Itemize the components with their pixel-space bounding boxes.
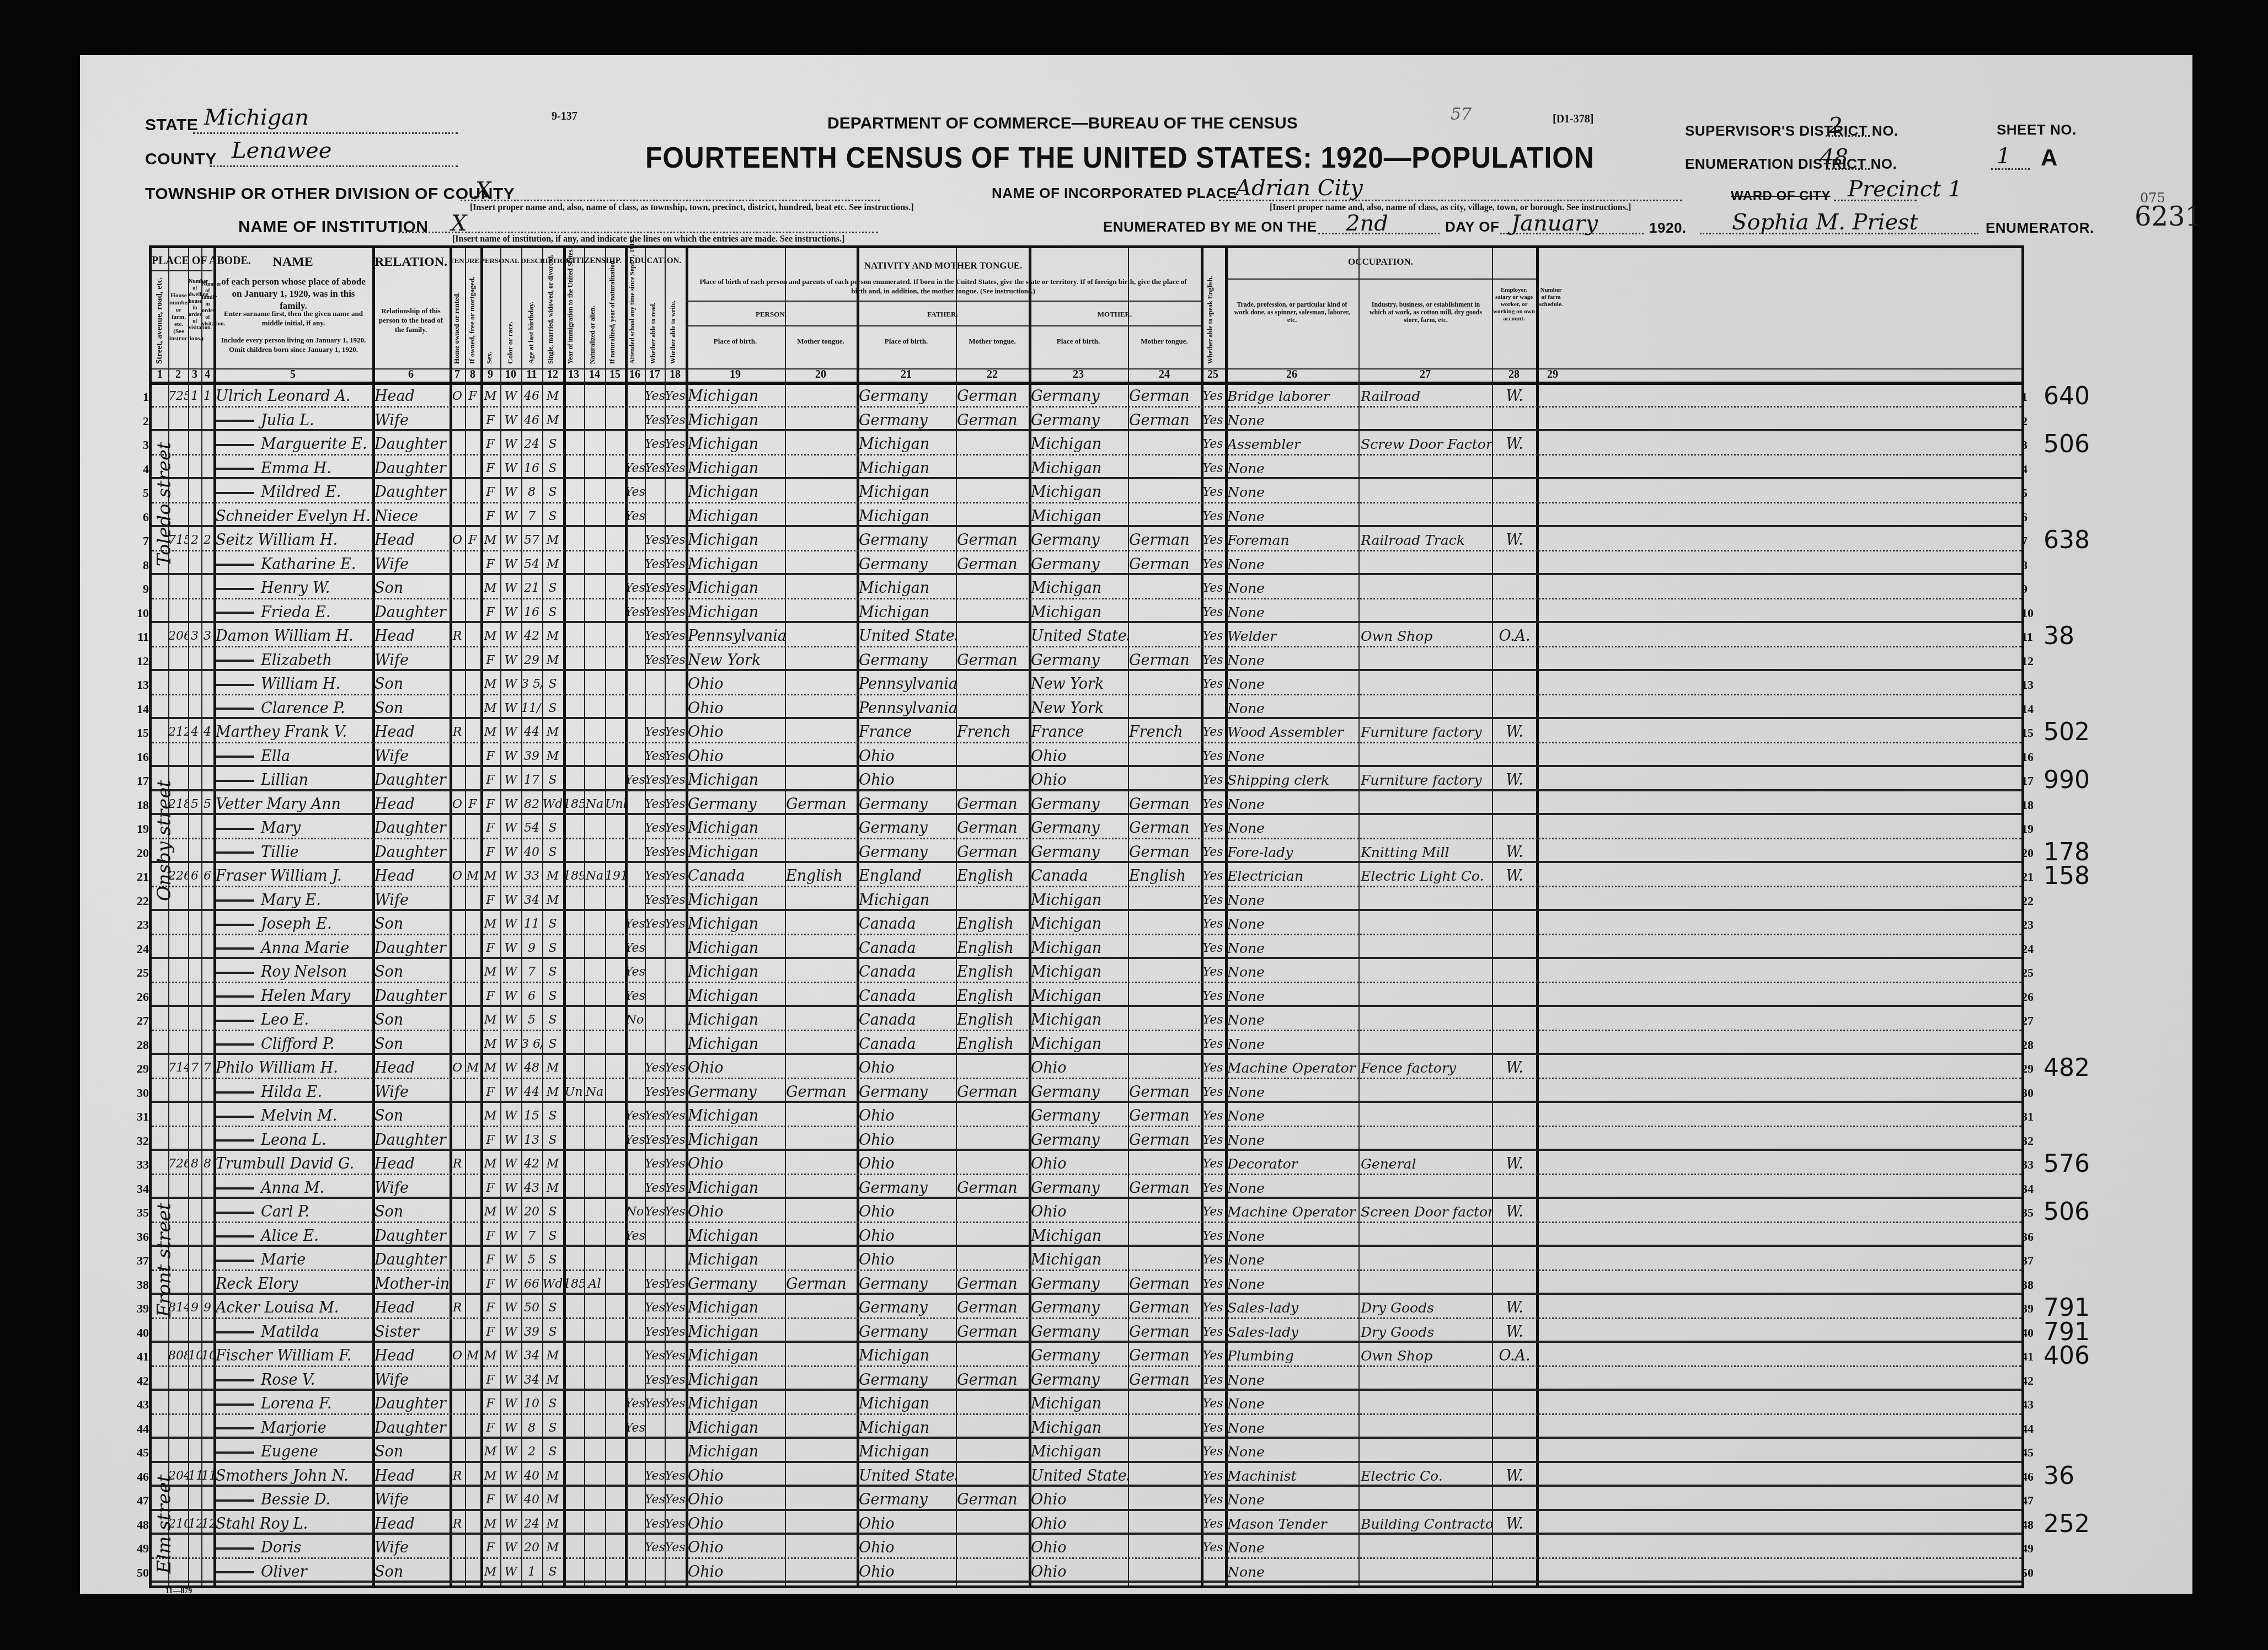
cell-english: Yes — [1201, 747, 1225, 767]
cell-imm: Un — [563, 1083, 584, 1102]
cell-nat — [584, 1466, 605, 1486]
cell-sex: M — [480, 699, 500, 719]
header-c15: If naturalized, year of naturalization. — [608, 281, 617, 364]
cell-dwelling — [188, 555, 201, 575]
cell-f-pob: Canada — [859, 1010, 956, 1030]
cell-marital: S — [542, 578, 563, 598]
cell-dwelling: 10 — [188, 1346, 201, 1366]
person-name: Anna Marie — [216, 939, 371, 958]
cell-emp — [1493, 1274, 1536, 1294]
given-name: Rose V. — [261, 1372, 315, 1389]
cell-read: Yes — [645, 1538, 665, 1558]
cell-f-tongue — [957, 1346, 1029, 1366]
cell-relation: Daughter — [375, 483, 448, 502]
cell-f-tongue — [957, 1538, 1029, 1558]
line-number-left: 29 — [127, 1062, 149, 1076]
cell-nat — [584, 1394, 605, 1414]
cell-marital: M — [542, 1178, 563, 1198]
person-name: Clifford P. — [216, 1035, 371, 1054]
cell-dwelling — [188, 578, 201, 598]
cell-mort — [465, 1202, 480, 1222]
table-row: Roy NelsonSonMW7SYesMichiganCanadaEnglis… — [152, 960, 2021, 983]
line-number-left: 8 — [127, 558, 149, 572]
cell-tongue — [786, 674, 857, 694]
given-name: Frieda E. — [261, 604, 331, 621]
cell-marital: M — [542, 1058, 563, 1078]
surname: Acker — [216, 1299, 260, 1316]
cell-english: Yes — [1201, 1370, 1225, 1390]
person-name: William H. — [216, 674, 371, 694]
cell-emp — [1493, 507, 1536, 527]
given-name: Anna M. — [261, 1180, 324, 1197]
cell-industry: Dry Goods — [1361, 1298, 1492, 1318]
cell-m-pob: Michigan — [1031, 1250, 1128, 1270]
cell-imm — [563, 1538, 584, 1558]
cell-age: 7 — [521, 962, 542, 982]
cell-imm — [563, 459, 584, 479]
cell-english: Yes — [1201, 1298, 1225, 1318]
cell-m-tongue — [1129, 578, 1201, 598]
table-row: EugeneSonMW2SMichiganMichiganMichiganYes… — [152, 1440, 2021, 1463]
given-name: William H. — [261, 676, 340, 693]
header-relation: RELATION. — [372, 255, 450, 270]
cell-write: Yes — [665, 555, 686, 575]
line-number-right: 20 — [2021, 846, 2044, 860]
cell-emp: W. — [1493, 1298, 1536, 1318]
cell-pob: Michigan — [688, 1322, 785, 1342]
table-row: OliverSonMW1SOhioOhioOhioNone — [152, 1560, 2021, 1583]
state-label: STATE — [145, 116, 198, 135]
cell-race: W — [500, 1298, 521, 1318]
line-number-left: 11 — [127, 630, 149, 644]
cell-mort: M — [465, 1058, 480, 1078]
cell-trade: Mason Tender — [1227, 1514, 1358, 1534]
cell-mort — [465, 1083, 480, 1102]
cell-nat — [584, 939, 605, 958]
cell-sex: F — [480, 1538, 500, 1558]
cell-industry — [1361, 1274, 1492, 1294]
given-name: Mildred E. — [261, 484, 341, 501]
cell-school — [625, 1274, 645, 1294]
cell-write: Yes — [665, 651, 686, 671]
cell-family — [201, 435, 213, 454]
cell-sex: F — [480, 1226, 500, 1246]
cell-f-pob: United States — [859, 1466, 956, 1486]
cell-relation: Son — [375, 1035, 448, 1054]
cell-english: Yes — [1201, 411, 1225, 431]
header-c1: Street, avenue, road, etc. — [155, 276, 164, 364]
table-row: MarjorieDaughterFW8SYesMichiganMichiganM… — [152, 1416, 2021, 1439]
cell-marital: S — [542, 1035, 563, 1054]
cell-english: Yes — [1201, 1058, 1225, 1078]
cell-nat — [584, 387, 605, 406]
line-number-left: 25 — [127, 966, 149, 980]
margin-code-note: 502 — [2044, 718, 2090, 746]
table-row: Carl P.SonMW20SNoYesYesOhioOhioOhioYesMa… — [152, 1200, 2021, 1223]
cell-family — [201, 1274, 213, 1294]
cell-pob: Michigan — [688, 1035, 785, 1054]
person-name: Leona L. — [216, 1131, 371, 1150]
given-name: Melvin M. — [261, 1107, 337, 1124]
cell-f-pob: Germany — [859, 1490, 956, 1510]
cell-english: Yes — [1201, 507, 1225, 527]
cell-family: 3 — [201, 626, 213, 646]
given-name: Roy Nelson — [261, 963, 347, 981]
cell-mort — [465, 1514, 480, 1534]
cell-dwelling — [188, 699, 201, 719]
surname: Stahl — [216, 1515, 255, 1533]
cell-m-pob: Ohio — [1031, 1514, 1128, 1534]
cell-read: Yes — [645, 747, 665, 767]
line-number-left: 45 — [127, 1445, 149, 1460]
cell-race: W — [500, 1346, 521, 1366]
surname: Smothers — [216, 1467, 288, 1485]
cell-write: Yes — [665, 747, 686, 767]
line-number-right: 45 — [2021, 1445, 2044, 1460]
cell-home — [450, 1322, 465, 1342]
cell-dwelling — [188, 770, 201, 790]
cell-emp: W. — [1493, 770, 1536, 790]
cell-write: Yes — [665, 1466, 686, 1486]
table-row: Trumbull David G.72688HeadRMW42MYesYesOh… — [152, 1152, 2021, 1175]
cell-nat — [584, 1106, 605, 1126]
cell-industry — [1361, 962, 1492, 982]
cell-home — [450, 962, 465, 982]
cell-emp — [1493, 578, 1536, 598]
cell-race: W — [500, 507, 521, 527]
cell-emp — [1493, 1035, 1536, 1054]
cell-industry: Dry Goods — [1361, 1322, 1492, 1342]
cell-race: W — [500, 699, 521, 719]
cell-race: W — [500, 411, 521, 431]
same-surname-dash — [216, 1427, 254, 1429]
cell-f-tongue — [957, 483, 1029, 502]
line-number-left: 47 — [127, 1493, 149, 1508]
cell-nat — [584, 914, 605, 934]
cell-pob: Michigan — [688, 939, 785, 958]
cell-dwelling — [188, 1418, 201, 1438]
cell-marital: M — [542, 651, 563, 671]
cell-tongue — [786, 1010, 857, 1030]
cell-f-pob: Ohio — [859, 1131, 956, 1150]
cell-trade: None — [1227, 411, 1358, 431]
cell-school — [625, 1562, 645, 1582]
cell-marital: M — [542, 747, 563, 767]
cell-emp — [1493, 674, 1536, 694]
cell-marital: S — [542, 699, 563, 719]
cell-nat — [584, 483, 605, 502]
cell-relation: Daughter — [375, 435, 448, 454]
cell-mort — [465, 770, 480, 790]
same-surname-dash — [216, 1091, 254, 1094]
cell-relation: Head — [375, 531, 448, 550]
cell-m-tongue: German — [1129, 1274, 1201, 1294]
cell-mort — [465, 962, 480, 982]
cell-f-pob: Michigan — [859, 1418, 956, 1438]
cell-pob: Michigan — [688, 1131, 785, 1150]
cell-f-tongue — [957, 1394, 1029, 1414]
line-number-right: 41 — [2021, 1349, 2044, 1364]
cell-marital: M — [542, 1083, 563, 1102]
cell-relation: Daughter — [375, 987, 448, 1006]
cell-age: 39 — [521, 1322, 542, 1342]
table-row: Stahl Roy L.2101212HeadRMW24MYesYesOhioO… — [152, 1512, 2021, 1535]
cell-mort: M — [465, 1346, 480, 1366]
cell-trade: Bridge laborer — [1227, 387, 1358, 406]
cell-age: 21 — [521, 578, 542, 598]
cell-emp: W. — [1493, 843, 1536, 863]
line-number-left: 40 — [127, 1326, 149, 1340]
person-name: Fischer William F. — [216, 1346, 371, 1366]
cell-school — [625, 411, 645, 431]
line-number-right: 47 — [2021, 1493, 2044, 1508]
cell-industry — [1361, 459, 1492, 479]
cell-sex: F — [480, 939, 500, 958]
cell-english: Yes — [1201, 770, 1225, 790]
cell-read: Yes — [645, 555, 665, 575]
cell-english: Yes — [1201, 1154, 1225, 1174]
cell-m-tongue — [1129, 1154, 1201, 1174]
cell-race: W — [500, 387, 521, 406]
cell-f-pob: Ohio — [859, 1202, 956, 1222]
cell-race: W — [500, 987, 521, 1006]
cell-nat — [584, 1178, 605, 1198]
cell-industry — [1361, 651, 1492, 671]
line-number-right: 29 — [2021, 1062, 2044, 1076]
header-c16: Attended school any time since Sept. 1, … — [628, 281, 636, 364]
cell-english: Yes — [1201, 1490, 1225, 1510]
cell-sex: F — [480, 1131, 500, 1150]
cell-relation: Wife — [375, 555, 448, 575]
cell-read — [645, 483, 665, 502]
cell-pob: Michigan — [688, 483, 785, 502]
cell-write: Yes — [665, 1154, 686, 1174]
cell-trade: None — [1227, 1418, 1358, 1438]
line-number-left: 49 — [127, 1541, 149, 1556]
cell-f-pob: Canada — [859, 914, 956, 934]
line-number-left: 4 — [127, 462, 149, 476]
table-row: Fraser William J.22666HeadOMMW33M1892Na1… — [152, 864, 2021, 887]
cell-relation: Son — [375, 1202, 448, 1222]
form-code: [D1-378] — [1553, 113, 1593, 126]
same-surname-dash — [216, 1451, 254, 1454]
person-name: Alice E. — [216, 1226, 371, 1246]
cell-f-pob: Ohio — [859, 770, 956, 790]
cell-tongue — [786, 939, 857, 958]
cell-write: Yes — [665, 1298, 686, 1318]
table-row: Anna MarieDaughterFW9SYesMichiganCanadaE… — [152, 936, 2021, 960]
cell-home — [450, 674, 465, 694]
cell-read: Yes — [645, 866, 665, 886]
cell-trade: None — [1227, 699, 1358, 719]
line-number-right: 10 — [2021, 606, 2044, 620]
cell-m-pob: Michigan — [1031, 914, 1128, 934]
cell-natyr — [605, 626, 625, 646]
cell-mort — [465, 1010, 480, 1030]
cell-write — [665, 1010, 686, 1030]
cell-relation: Head — [375, 722, 448, 742]
cell-imm — [563, 1154, 584, 1174]
given-name: William F. — [277, 1347, 351, 1364]
cell-natyr — [605, 1250, 625, 1270]
cell-english: Yes — [1201, 626, 1225, 646]
cell-english: Yes — [1201, 722, 1225, 742]
cell-nat — [584, 1346, 605, 1366]
cell-race: W — [500, 578, 521, 598]
cell-tongue — [786, 962, 857, 982]
cell-home — [450, 747, 465, 767]
cell-f-pob: Canada — [859, 939, 956, 958]
cell-race: W — [500, 818, 521, 838]
cell-write: Yes — [665, 1058, 686, 1078]
cell-write — [665, 987, 686, 1006]
cell-read — [645, 507, 665, 527]
line-number-left: 3 — [127, 438, 149, 452]
cell-age: 20 — [521, 1202, 542, 1222]
cell-relation: Head — [375, 795, 448, 815]
cell-natyr: 1916 — [605, 866, 625, 886]
same-surname-dash — [216, 851, 254, 854]
cell-write — [665, 699, 686, 719]
cell-school: Yes — [625, 1418, 645, 1438]
cell-mort — [465, 1394, 480, 1414]
cell-write: Yes — [665, 387, 686, 406]
enumeration-district: 48 — [1820, 144, 1848, 170]
cell-f-pob: United States — [859, 626, 956, 646]
cell-tongue — [786, 1178, 857, 1198]
cell-f-pob: Germany — [859, 555, 956, 575]
line-number-left: 12 — [127, 654, 149, 668]
line-number-left: 44 — [127, 1422, 149, 1436]
cell-pob: Michigan — [688, 435, 785, 454]
cell-imm — [563, 1442, 584, 1462]
cell-read: Yes — [645, 1178, 665, 1198]
cell-age: 8 — [521, 1418, 542, 1438]
cell-dwelling: 11 — [188, 1466, 201, 1486]
cell-home — [450, 1370, 465, 1390]
cell-m-tongue: German — [1129, 1083, 1201, 1102]
cell-relation: Sister — [375, 1322, 448, 1342]
cell-f-tongue — [957, 1562, 1029, 1582]
table-row: Katharine E.WifeFW54MYesYesMichiganGerma… — [152, 553, 2021, 576]
same-surname-dash — [216, 492, 254, 494]
cell-read: Yes — [645, 795, 665, 815]
cell-pob: Canada — [688, 866, 785, 886]
cell-nat — [584, 843, 605, 863]
cell-m-tongue — [1129, 507, 1201, 527]
cell-english: Yes — [1201, 1538, 1225, 1558]
line-number-left: 19 — [127, 822, 149, 836]
incorporated-value: Adrian City — [1235, 175, 1363, 201]
line-number-right: 34 — [2021, 1182, 2044, 1196]
cell-imm — [563, 914, 584, 934]
cell-race: W — [500, 1466, 521, 1486]
cell-pob: New York — [688, 651, 785, 671]
cell-f-tongue — [957, 891, 1029, 910]
cell-race: W — [500, 1370, 521, 1390]
cell-industry — [1361, 1538, 1492, 1558]
cell-m-pob: Ohio — [1031, 1490, 1128, 1510]
cell-imm — [563, 1202, 584, 1222]
cell-industry — [1361, 747, 1492, 767]
cell-english: Yes — [1201, 1250, 1225, 1270]
cell-m-tongue — [1129, 603, 1201, 623]
cell-f-pob: Ohio — [859, 1154, 956, 1174]
cell-marital: S — [542, 1131, 563, 1150]
cell-nat — [584, 1298, 605, 1318]
line-number-left: 22 — [127, 894, 149, 908]
cell-marital: M — [542, 891, 563, 910]
cell-m-tongue — [1129, 1010, 1201, 1030]
cell-age: 66 — [521, 1274, 542, 1294]
cell-marital: S — [542, 843, 563, 863]
cell-emp — [1493, 459, 1536, 479]
cell-sex: M — [480, 1346, 500, 1366]
table-row: Henry W.SonMW21SYesYesYesMichiganMichiga… — [152, 576, 2021, 599]
person-name: Schneider Evelyn H. — [216, 507, 371, 527]
cell-english: Yes — [1201, 1202, 1225, 1222]
header-c14: Naturalized or alien. — [589, 281, 597, 364]
cell-f-pob: Michigan — [859, 459, 956, 479]
cell-f-pob: Canada — [859, 1035, 956, 1054]
cell-marital: S — [542, 770, 563, 790]
cell-f-tongue — [957, 1514, 1029, 1534]
cell-natyr — [605, 603, 625, 623]
person-name: Katharine E. — [216, 555, 371, 575]
cell-school — [625, 818, 645, 838]
line-number-right: 24 — [2021, 942, 2044, 956]
cell-family — [201, 1083, 213, 1102]
cell-write: Yes — [665, 1202, 686, 1222]
cell-home: R — [450, 1514, 465, 1534]
header-c20: Mother tongue. — [785, 336, 857, 346]
cell-sex: M — [480, 1035, 500, 1054]
cell-imm — [563, 435, 584, 454]
cell-sex: M — [480, 1154, 500, 1174]
cell-english: Yes — [1201, 1346, 1225, 1366]
table-row: MaryDaughterFW54SYesYesMichiganGermanyGe… — [152, 816, 2021, 839]
cell-english: Yes — [1201, 1226, 1225, 1246]
cell-natyr — [605, 411, 625, 431]
cell-pob: Michigan — [688, 555, 785, 575]
same-surname-dash — [216, 1187, 254, 1190]
cell-school — [625, 1154, 645, 1174]
cell-m-pob: Ohio — [1031, 1154, 1128, 1174]
cell-home — [450, 770, 465, 790]
cell-f-tongue — [957, 1058, 1029, 1078]
cell-m-pob: Canada — [1031, 866, 1128, 886]
cell-write — [665, 1442, 686, 1462]
cell-m-tongue — [1129, 1226, 1201, 1246]
cell-pob: Michigan — [688, 1250, 785, 1270]
cell-marital: S — [542, 818, 563, 838]
cell-home: O — [450, 387, 465, 406]
cell-industry — [1361, 699, 1492, 719]
cell-mort — [465, 1178, 480, 1198]
cell-natyr — [605, 891, 625, 910]
margin-code-note: 576 — [2044, 1150, 2090, 1178]
same-surname-dash — [216, 468, 254, 470]
cell-pob: Ohio — [688, 1490, 785, 1510]
cell-f-pob: Germany — [859, 1298, 956, 1318]
cell-age: 8 — [521, 483, 542, 502]
department-title: DEPARTMENT OF COMMERCE—BUREAU OF THE CEN… — [827, 114, 1298, 133]
cell-write: Yes — [665, 459, 686, 479]
corner-note: 6231 — [2135, 201, 2202, 232]
line-number-right: 31 — [2021, 1110, 2044, 1124]
cell-f-tongue — [957, 507, 1029, 527]
table-row: Julia L.WifeFW46MYesYesMichiganGermanyGe… — [152, 409, 2021, 432]
